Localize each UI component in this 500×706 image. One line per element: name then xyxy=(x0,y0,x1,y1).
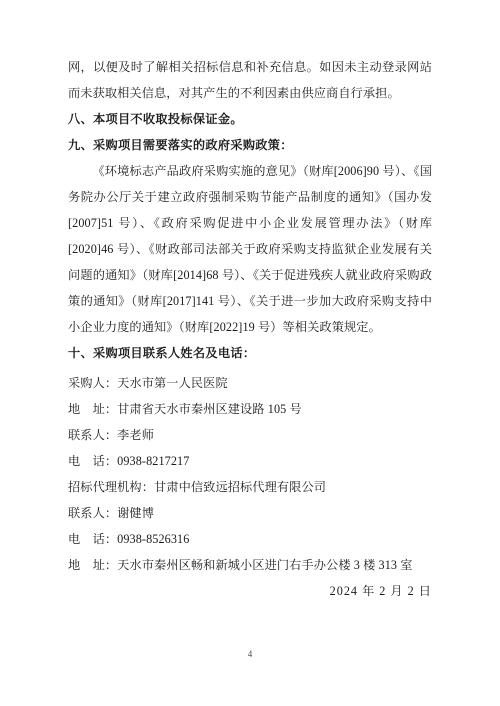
purchaser-contact-person-line: 联系人：李老师 xyxy=(68,422,432,448)
section-8-heading: 八、本项目不收取投标保证金。 xyxy=(68,106,432,132)
agency-name-line: 招标代理机构：甘肃中信致远招标代理有限公司 xyxy=(68,474,432,500)
purchaser-line: 采购人：天水市第一人民医院 xyxy=(68,370,432,396)
paragraph-continuation: 网，以便及时了解相关招标信息和补充信息。如因未主动登录网站而未获取相关信息，对其… xyxy=(68,54,432,106)
contact-info-block: 采购人：天水市第一人民医院 地 址：甘肃省天水市秦州区建设路 105 号 联系人… xyxy=(68,370,432,578)
agency-contact-person-line: 联系人：谢健博 xyxy=(68,500,432,526)
document-page: 网，以便及时了解相关招标信息和补充信息。如因未主动登录网站而未获取相关信息，对其… xyxy=(0,0,500,706)
purchaser-address-line: 地 址：甘肃省天水市秦州区建设路 105 号 xyxy=(68,396,432,422)
section-10-heading: 十、采购项目联系人姓名及电话： xyxy=(68,340,432,366)
section-9-policy-paragraph: 《环境标志产品政府采购实施的意见》（财库[2006]90 号）、《国务院办公厅关… xyxy=(68,158,432,340)
purchaser-phone-line: 电 话：0938-8217217 xyxy=(68,448,432,474)
section-9-heading: 九、采购项目需要落实的政府采购政策： xyxy=(68,132,432,158)
agency-phone-line: 电 话：0938-8526316 xyxy=(68,526,432,552)
page-number: 4 xyxy=(0,648,500,660)
agency-address-line: 地 址：天水市秦州区畅和新城小区进门右手办公楼 3 楼 313 室 xyxy=(68,552,432,578)
document-date: 2024 年 2 月 2 日 xyxy=(68,578,432,604)
